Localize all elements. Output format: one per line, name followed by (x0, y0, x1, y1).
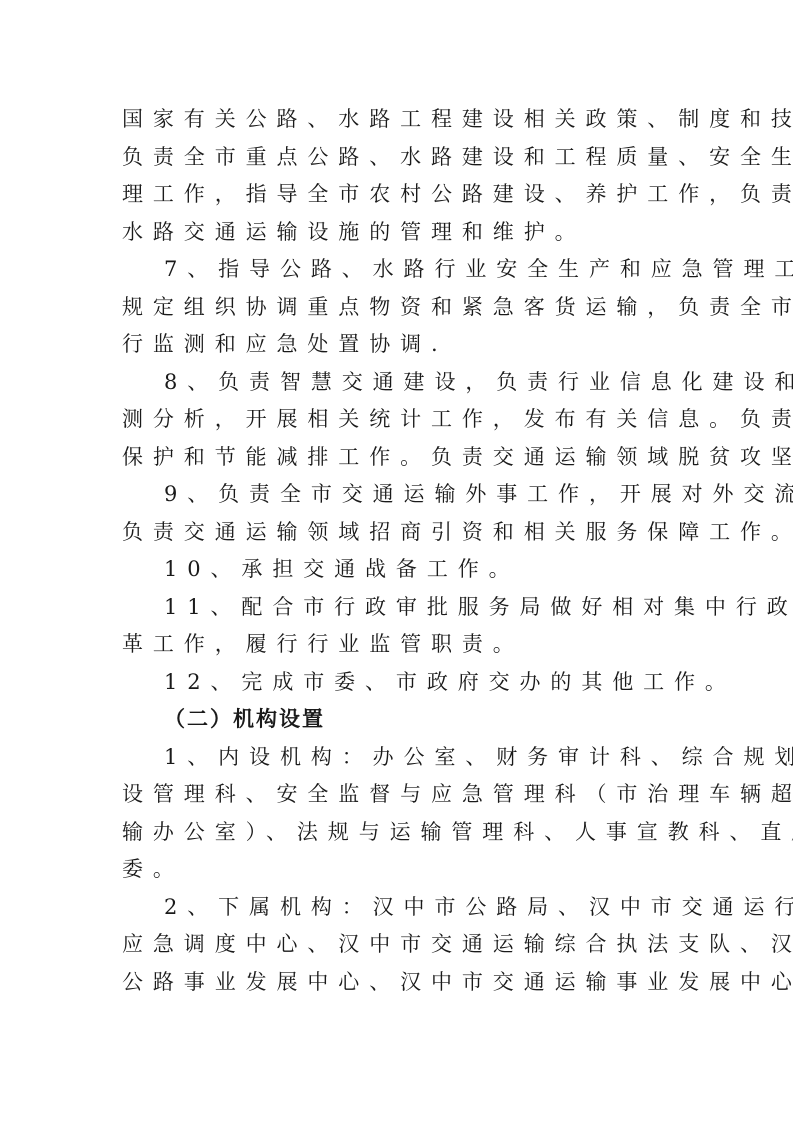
body-line: 行监测和应急处置协调. (122, 329, 682, 367)
document-page: 国家有关公路、水路工程建设相关政策、制度和技术标准， 负责全市重点公路、水路建设… (122, 104, 682, 1004)
body-line: 公路事业发展中心、汉中市交通运输事业发展中心、汉中市 (122, 967, 682, 1005)
body-line: 测分析，开展相关统计工作，发布有关信息。负责行业环境 (122, 404, 682, 442)
section-heading: （二）机构设置 (122, 704, 682, 742)
body-line: 国家有关公路、水路工程建设相关政策、制度和技术标准， (122, 104, 682, 142)
body-line: 水路交通运输设施的管理和维护。 (122, 217, 682, 255)
body-line: 设管理科、安全监督与应急管理科（市治理车辆超限超载运 (122, 779, 682, 817)
body-line: 负责全市重点公路、水路建设和工程质量、安全生产监督管 (122, 142, 682, 180)
body-line: 保护和节能减排工作。负责交通运输领域脱贫攻坚工作。 (122, 442, 682, 480)
body-line: 委。 (122, 854, 682, 892)
list-item-internal-units: 1、内设机构：办公室、财务审计科、综合规划科、建 (122, 742, 682, 780)
body-line: 输办公室）、法规与运输管理科、人事宣教科、直属机关党 (122, 817, 682, 855)
body-line: 规定组织协调重点物资和紧急客货运输，负责全市公路网运 (122, 292, 682, 330)
list-item-10: 10、承担交通战备工作。 (122, 554, 682, 592)
body-line: 理工作，指导全市农村公路建设、养护工作，负责全市公路、 (122, 179, 682, 217)
list-item-12: 12、完成市委、市政府交办的其他工作。 (122, 667, 682, 705)
body-line: 革工作，履行行业监管职责。 (122, 629, 682, 667)
body-line: 应急调度中心、汉中市交通运输综合执法支队、汉中市农村 (122, 929, 682, 967)
list-item-subordinate-units: 2、下属机构：汉中市公路局、汉中市交通运行监测与 (122, 892, 682, 930)
list-item-8: 8、负责智慧交通建设，负责行业信息化建设和运行监 (122, 367, 682, 405)
list-item-11: 11、配合市行政审批服务局做好相对集中行政许可权改 (122, 592, 682, 630)
list-item-7: 7、指导公路、水路行业安全生产和应急管理工作，按 (122, 254, 682, 292)
body-line: 负责交通运输领域招商引资和相关服务保障工作。 (122, 517, 682, 555)
list-item-9: 9、负责全市交通运输外事工作，开展对外交流与合作； (122, 479, 682, 517)
